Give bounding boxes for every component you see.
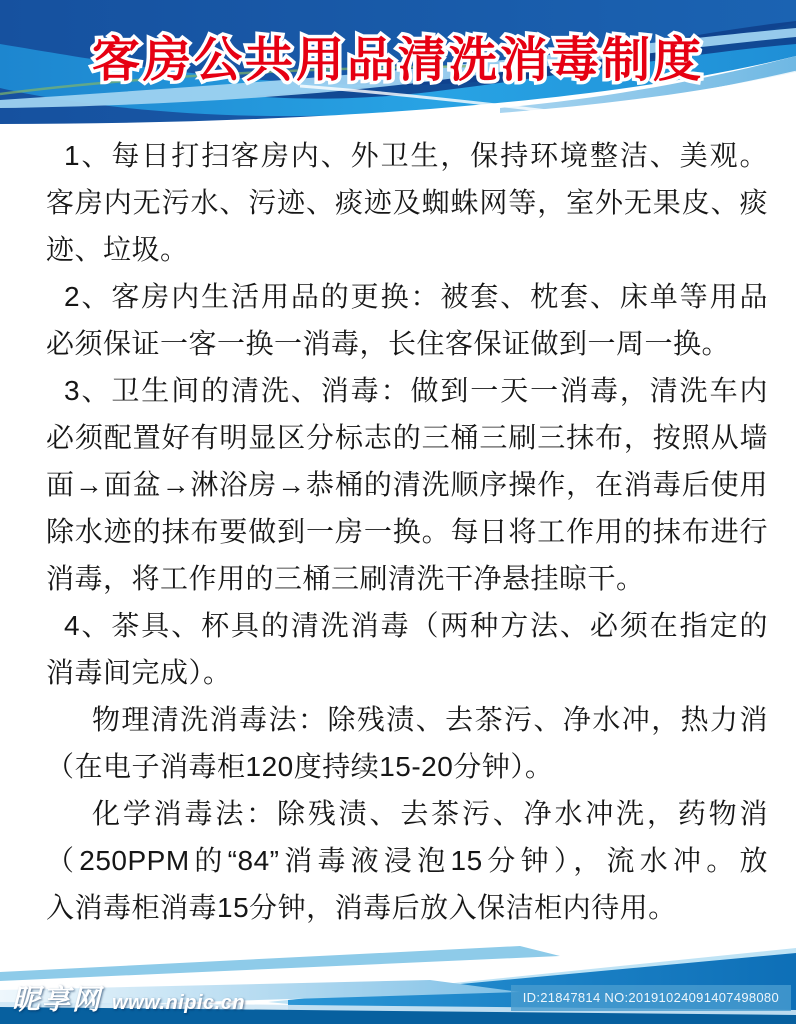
header-banner: 客房公共用品清洗消毒制度 客房公共用品清洗消毒制度 <box>0 0 796 132</box>
text-line: 入消毒柜消毒15分钟，消毒后放入保洁柜内待用。 <box>46 884 768 931</box>
footer-banner: 昵享网 www.nipic.cn ID:21847814 NO:20191024… <box>0 940 796 1024</box>
text-line: 3、卫生间的清洗、消毒：做到一天一消毒，清洗车内 <box>46 367 768 414</box>
text-line: 必须配置好有明显区分标志的三桶三刷三抹布，按照从墙 <box>46 414 768 461</box>
text-line: 物理清洗消毒法：除残渍、去茶污、净水冲，热力消 <box>46 696 768 743</box>
text-line: 4、茶具、杯具的清洗消毒（两种方法、必须在指定的 <box>46 602 768 649</box>
text-line: 除水迹的抹布要做到一房一换。每日将工作用的抹布进行 <box>46 508 768 555</box>
text-line: 客房内无污水、污迹、痰迹及蜘蛛网等，室外无果皮、痰 <box>46 179 768 226</box>
text-line: 消毒，将工作用的三桶三刷清洗干净悬挂晾干。 <box>46 555 768 602</box>
text-line: 1、每日打扫客房内、外卫生，保持环境整洁、美观。 <box>46 132 768 179</box>
text-line: 必须保证一客一换一消毒，长住客保证做到一周一换。 <box>46 320 768 367</box>
site-logo-name: 昵享网 <box>12 978 102 1018</box>
page-title: 客房公共用品清洗消毒制度 <box>92 34 704 87</box>
text-line: （250PPM的“84”消毒液浸泡15分钟），流水冲。放 <box>46 837 768 884</box>
text-line: 2、客房内生活用品的更换：被套、枕套、床单等用品 <box>46 273 768 320</box>
text-line: （在电子消毒柜120度持续15-20分钟）。 <box>46 743 768 790</box>
text-line: 面→面盆→淋浴房→恭桶的清洗顺序操作，在消毒后使用 <box>46 461 768 508</box>
header-wave-graphic: 客房公共用品清洗消毒制度 客房公共用品清洗消毒制度 <box>0 0 796 132</box>
text-line: 化学消毒法：除残渍、去茶污、净水冲洗，药物消 <box>46 790 768 837</box>
text-line: 迹、垃圾。 <box>46 226 768 273</box>
text-line: 消毒间完成）。 <box>46 649 768 696</box>
site-logo-url: www.nipic.cn <box>112 992 245 1015</box>
poster-page: 客房公共用品清洗消毒制度 客房公共用品清洗消毒制度 1、每日打扫客房内、外卫生，… <box>0 0 796 1024</box>
site-logo: 昵享网 www.nipic.cn <box>12 978 245 1018</box>
document-body: 1、每日打扫客房内、外卫生，保持环境整洁、美观。客房内无污水、污迹、痰迹及蜘蛛网… <box>46 132 768 931</box>
image-id-badge: ID:21847814 NO:20191024091407498080 <box>511 985 791 1011</box>
